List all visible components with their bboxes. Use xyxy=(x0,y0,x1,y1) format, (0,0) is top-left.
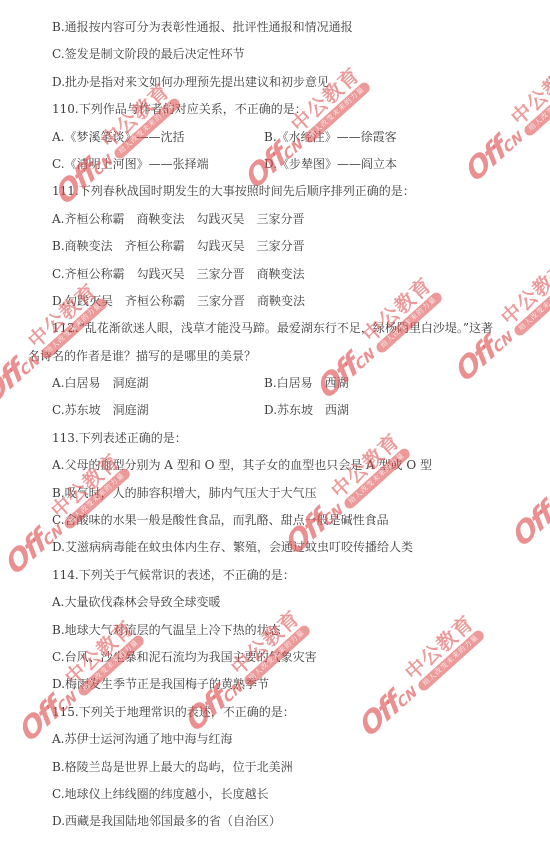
option-115-b: B.格陵兰岛是世界上最大的岛屿，位于北美洲 xyxy=(0,754,550,781)
option-112-c: C.苏东坡 洞庭湖 xyxy=(52,403,149,417)
option-112-a: A.白居易 洞庭湖 xyxy=(52,376,148,390)
option-111-d: D.勾践灭吴 齐桓公称霸 三家分晋 商鞅变法 xyxy=(0,288,550,315)
option-111-a: A.齐桓公称霸 商鞅变法 勾践灭吴 三家分晋 xyxy=(0,206,550,233)
option-114-c: C.台风、沙尘暴和泥石流均为我国主要的气象灾害 xyxy=(0,644,550,671)
option-113-b: B.吸气时，人的肺容积增大，肺内气压大于大气压 xyxy=(0,480,550,507)
question-stem-113: 113.下列表述正确的是： xyxy=(0,425,550,452)
option-line: C.签发是制文阶段的最后决定性环节 xyxy=(0,41,550,68)
option-114-a: A.大量砍伐森林会导致全球变暖 xyxy=(0,589,550,616)
question-stem-110: 110.下列作品与作者的对应关系，不正确的是： xyxy=(0,96,550,123)
option-line: D.批办是指对来文如何办理预先提出建议和初步意见 xyxy=(0,69,550,96)
option-row: C.《清明上河图》——张择端 D.《步辇图》——阎立本 xyxy=(0,151,550,178)
option-110-b: B.《水经注》——徐霞客 xyxy=(264,124,397,151)
option-114-d: D.梅雨发生季节正是我国梅子的黄熟季节 xyxy=(0,671,550,698)
option-112-b: B.白居易 西湖 xyxy=(264,370,349,397)
option-110-c: C.《清明上河图》——张择端 xyxy=(52,157,209,171)
option-line: B.通报按内容可分为表彰性通报、批评性通报和情况通报 xyxy=(0,14,550,41)
option-110-a: A.《梦溪笔谈》——沈括 xyxy=(52,130,184,144)
option-112-d: D.苏东坡 西湖 xyxy=(264,397,349,424)
option-113-d: D.艾滋病病毒能在蚊虫体内生存、繁殖，会通过蚊虫叮咬传播给人类 xyxy=(0,534,550,561)
option-113-a: A.父母的血型分别为 A 型和 O 型，其子女的血型也只会是 A 型或 O 型 xyxy=(0,452,550,479)
option-115-d: D.西藏是我国陆地邻国最多的省（自治区） xyxy=(0,808,550,835)
option-110-d: D.《步辇图》——阎立本 xyxy=(264,151,397,178)
option-row: A.白居易 洞庭湖 B.白居易 西湖 xyxy=(0,370,550,397)
option-111-b: B.商鞅变法 齐桓公称霸 勾践灭吴 三家分晋 xyxy=(0,233,550,260)
exam-paper-page: B.通报按内容可分为表彰性通报、批评性通报和情况通报 C.签发是制文阶段的最后决… xyxy=(0,0,550,848)
option-114-b: B.地球大气对流层的气温呈上冷下热的状态 xyxy=(0,617,550,644)
question-stem-114: 114.下列关于气候常识的表述，不正确的是： xyxy=(0,562,550,589)
option-111-c: C.齐桓公称霸 勾践灭吴 三家分晋 商鞅变法 xyxy=(0,261,550,288)
stem-line: 112.“乱花渐欲迷人眼，浅草才能没马蹄。最爱湖东行不足，绿杨阴里白沙堤。”这著 xyxy=(28,315,550,342)
option-row: A.《梦溪笔谈》——沈括 B.《水经注》——徐霞客 xyxy=(0,124,550,151)
option-row: C.苏东坡 洞庭湖 D.苏东坡 西湖 xyxy=(0,397,550,424)
option-115-c: C.地球仪上纬线圈的纬度越小，长度越长 xyxy=(0,781,550,808)
stem-line: 名诗名的作者是谁？描写的是哪里的美景？ xyxy=(28,343,550,370)
option-115-a: A.苏伊士运河沟通了地中海与红海 xyxy=(0,726,550,753)
question-stem-112: 112.“乱花渐欲迷人眼，浅草才能没马蹄。最爱湖东行不足，绿杨阴里白沙堤。”这著… xyxy=(0,315,550,370)
question-stem-115: 115.下列关于地理常识的表述，不正确的是： xyxy=(0,699,550,726)
question-stem-111: 111.下列春秋战国时期发生的大事按照时间先后顺序排列正确的是： xyxy=(0,178,550,205)
option-113-c: C.含酸味的水果一般是酸性食品，而乳酪、甜点一般是碱性食品 xyxy=(0,507,550,534)
exam-content: B.通报按内容可分为表彰性通报、批评性通报和情况通报 C.签发是制文阶段的最后决… xyxy=(0,14,550,836)
